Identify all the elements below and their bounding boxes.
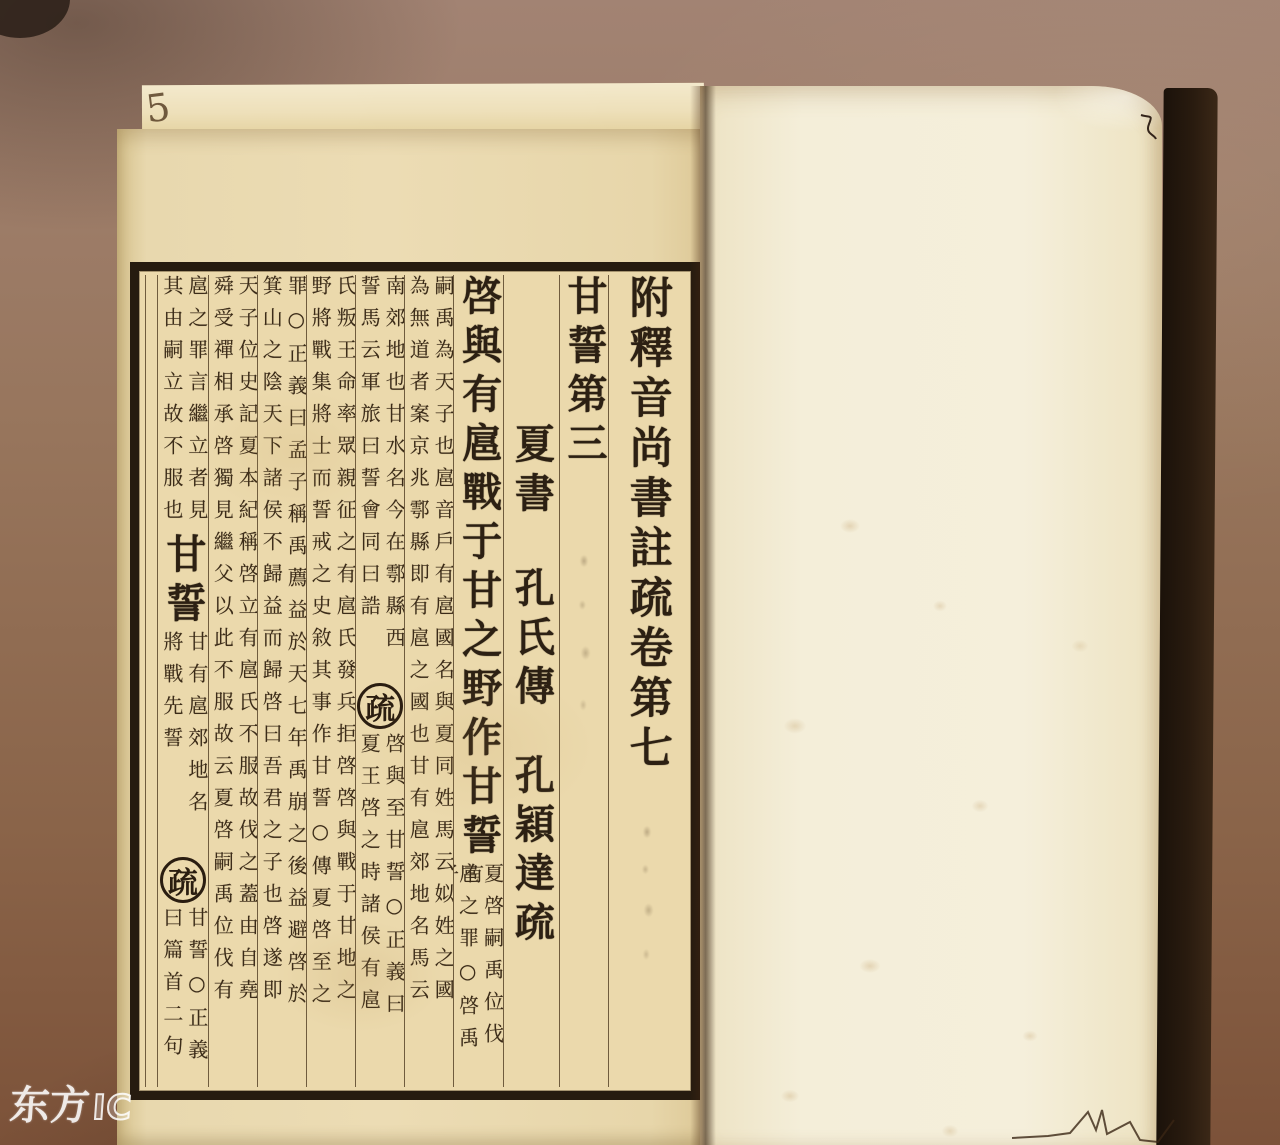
small-commentary-right: 扈之罪言繼立者見 — [184, 275, 207, 533]
ink-mark — [1138, 112, 1160, 142]
chapter-title-column: 扈之罪言繼立者見其由嗣立故不服也甘誓甘有扈郊地名將戰先誓疏甘誓○正義曰篇首二句 — [157, 275, 209, 1087]
volume-title-column: 附釋音尚書註疏卷第七 — [608, 275, 685, 1087]
shu-section-marker: 疏 — [160, 857, 206, 903]
commentary-column-2: 南郊地也甘水名今在鄠縣西誓馬云軍旅曰誓會同曰誥疏啓與至甘誓○正義曰夏王啓之時諸侯… — [355, 275, 404, 1087]
large-text-segment: 夏書 — [511, 423, 551, 521]
commentary-column-1: 嗣禹為天子也扈音戶有扈國名與夏同姓馬云姒姓之國為無道者案京兆鄠縣即有扈之國也甘有… — [404, 275, 453, 1087]
small-commentary-left: 箕山之陰天下諸侯不歸益而歸啓曰吾君之子也啓遂即 — [258, 275, 281, 1087]
small-commentary-right: 氏叛王命率眾親征之有扈氏發兵拒啓啓與戰于甘地之 — [332, 275, 355, 1087]
small-commentary-left: 夏王啓之時諸侯有扈 — [356, 733, 379, 1033]
thread-crack-line — [1012, 1098, 1182, 1145]
commentary-column-5: 天子位史記夏本紀稱啓立有扈氏不服故伐之蓋由自堯舜受禪相承啓獨見繼父以此不服故云夏… — [208, 275, 257, 1087]
text-columns: 附釋音尚書註疏卷第七甘誓第三夏書孔氏傳孔穎達疏啓與有扈戰于甘之野作甘誓夏啓嗣禹位… — [139, 271, 691, 1091]
small-commentary-segment: 天子位史記夏本紀稱啓立有扈氏不服故伐之蓋由自堯舜受禪相承啓獨見繼父以此不服故云夏… — [209, 275, 257, 1087]
handwritten-marginalia-smudge — [576, 541, 592, 741]
handwritten-marginalia-smudge — [639, 815, 655, 985]
small-commentary-segment: 扈之罪言繼立者見其由嗣立故不服也 — [158, 275, 209, 533]
small-commentary-right: 夏啓嗣禹位伐有 — [480, 863, 503, 1073]
small-commentary-left: 舜受禪相承啓獨見繼父以此不服故云夏啓嗣禹位伐有 — [209, 275, 232, 1087]
small-commentary-left: 誓馬云軍旅曰誓會同曰誥 — [356, 275, 379, 679]
small-commentary-segment: 甘誓○正義曰篇首二句 — [158, 907, 209, 1087]
large-text-segment: 甘誓第三 — [564, 275, 604, 471]
small-commentary-segment: 罪○正義曰孟子稱禹薦益於天七年禹崩之後益避啓於箕山之陰天下諸侯不歸益而歸啓曰吾君… — [258, 275, 306, 1087]
small-commentary-left: 野將戰集將士而誓戒之史敘其事作甘誓○傳夏啓至之 — [307, 275, 330, 1087]
book-cover-edge — [1156, 88, 1217, 1145]
handwritten-folio-number: 5 — [143, 85, 172, 132]
small-commentary-segment: 甘有扈郊地名將戰先誓 — [158, 631, 209, 853]
watermark-latin: IC — [91, 1088, 133, 1128]
small-commentary-right: 嗣禹為天子也扈音戶有扈國名與夏同姓馬云姒姓之國 — [430, 275, 453, 1087]
small-commentary-segment: 南郊地也甘水名今在鄠縣西誓馬云軍旅曰誓會同曰誥 — [356, 275, 404, 679]
column-gap — [560, 471, 609, 541]
small-commentary-right: 甘有扈郊地名 — [184, 631, 207, 853]
commentary-column-3: 氏叛王命率眾親征之有扈氏發兵拒啓啓與戰于甘地之野將戰集將士而誓戒之史敘其事作甘誓… — [306, 275, 355, 1087]
large-text-segment: 啓與有扈戰于甘之野作甘誓 — [459, 275, 499, 863]
large-text-segment: 孔氏傳 — [511, 567, 551, 714]
column-gap — [504, 714, 559, 754]
small-commentary-segment: 嗣禹為天子也扈音戶有扈國名與夏同姓馬云姒姓之國為無道者案京兆鄠縣即有扈之國也甘有… — [405, 275, 453, 1087]
large-text-segment: 孔穎達疏 — [511, 754, 551, 950]
small-commentary-segment: 氏叛王命率眾親征之有扈氏發兵拒啓啓與戰于甘地之野將戰集將士而誓戒之史敘其事作甘誓… — [307, 275, 355, 1087]
small-commentary-segment: 啓與至甘誓○正義曰夏王啓之時諸侯有扈 — [356, 733, 404, 1033]
agency-watermark: 东方 IC — [8, 1074, 135, 1131]
large-text-segment: 附釋音尚書註疏卷第七 — [626, 275, 669, 775]
book-commentator-column: 夏書孔氏傳孔穎達疏 — [503, 275, 559, 1087]
small-commentary-right: 甘誓○正義 — [184, 907, 207, 1087]
chapter-heading-column: 甘誓第三 — [559, 275, 609, 1087]
small-commentary-right: 南郊地也甘水名今在鄠縣西 — [381, 275, 404, 679]
small-commentary-right: 罪○正義曰孟子稱禹薦益於天七年禹崩之後益避啓於 — [283, 275, 306, 1087]
small-commentary-right: 啓與至甘誓○正義曰 — [381, 733, 404, 1033]
column-gap — [609, 775, 685, 815]
right-blank-page — [700, 86, 1162, 1145]
small-commentary-left: 將戰先誓 — [159, 631, 182, 853]
large-text-segment: 甘誓 — [163, 533, 203, 631]
commentary-column-4: 罪○正義曰孟子稱禹薦益於天七年禹崩之後益避啓於箕山之陰天下諸侯不歸益而歸啓曰吾君… — [257, 275, 306, 1087]
woodblock-print-frame: 附釋音尚書註疏卷第七甘誓第三夏書孔氏傳孔穎達疏啓與有扈戰于甘之野作甘誓夏啓嗣禹位… — [130, 262, 700, 1100]
small-commentary-segment: 夏啓嗣禹位伐有扈之罪○啓禹子 — [454, 863, 503, 1073]
column-gap — [504, 521, 559, 567]
gutter-shadow — [690, 86, 716, 1145]
watermark-chinese: 东方 — [8, 1074, 92, 1131]
column-gap — [504, 275, 559, 423]
small-commentary-left: 其由嗣立故不服也 — [159, 275, 182, 533]
small-commentary-right: 天子位史記夏本紀稱啓立有扈氏不服故伐之蓋由自堯 — [234, 275, 257, 1087]
foxing-spots — [700, 86, 1162, 1145]
photo-of-open-book: 5 附釋音尚書註疏卷第七甘誓第三夏書孔氏傳孔穎達疏啓與有扈戰于甘之野作甘誓夏啓嗣… — [0, 0, 1280, 1145]
small-commentary-left: 為無道者案京兆鄠縣即有扈之國也甘有扈郊地名馬云 — [405, 275, 428, 1087]
small-commentary-left: 曰篇首二句 — [159, 907, 182, 1087]
shu-section-marker: 疏 — [357, 683, 403, 729]
empty-margin-column — [145, 275, 157, 1087]
preface-text-column: 啓與有扈戰于甘之野作甘誓夏啓嗣禹位伐有扈之罪○啓禹子 — [453, 275, 503, 1087]
